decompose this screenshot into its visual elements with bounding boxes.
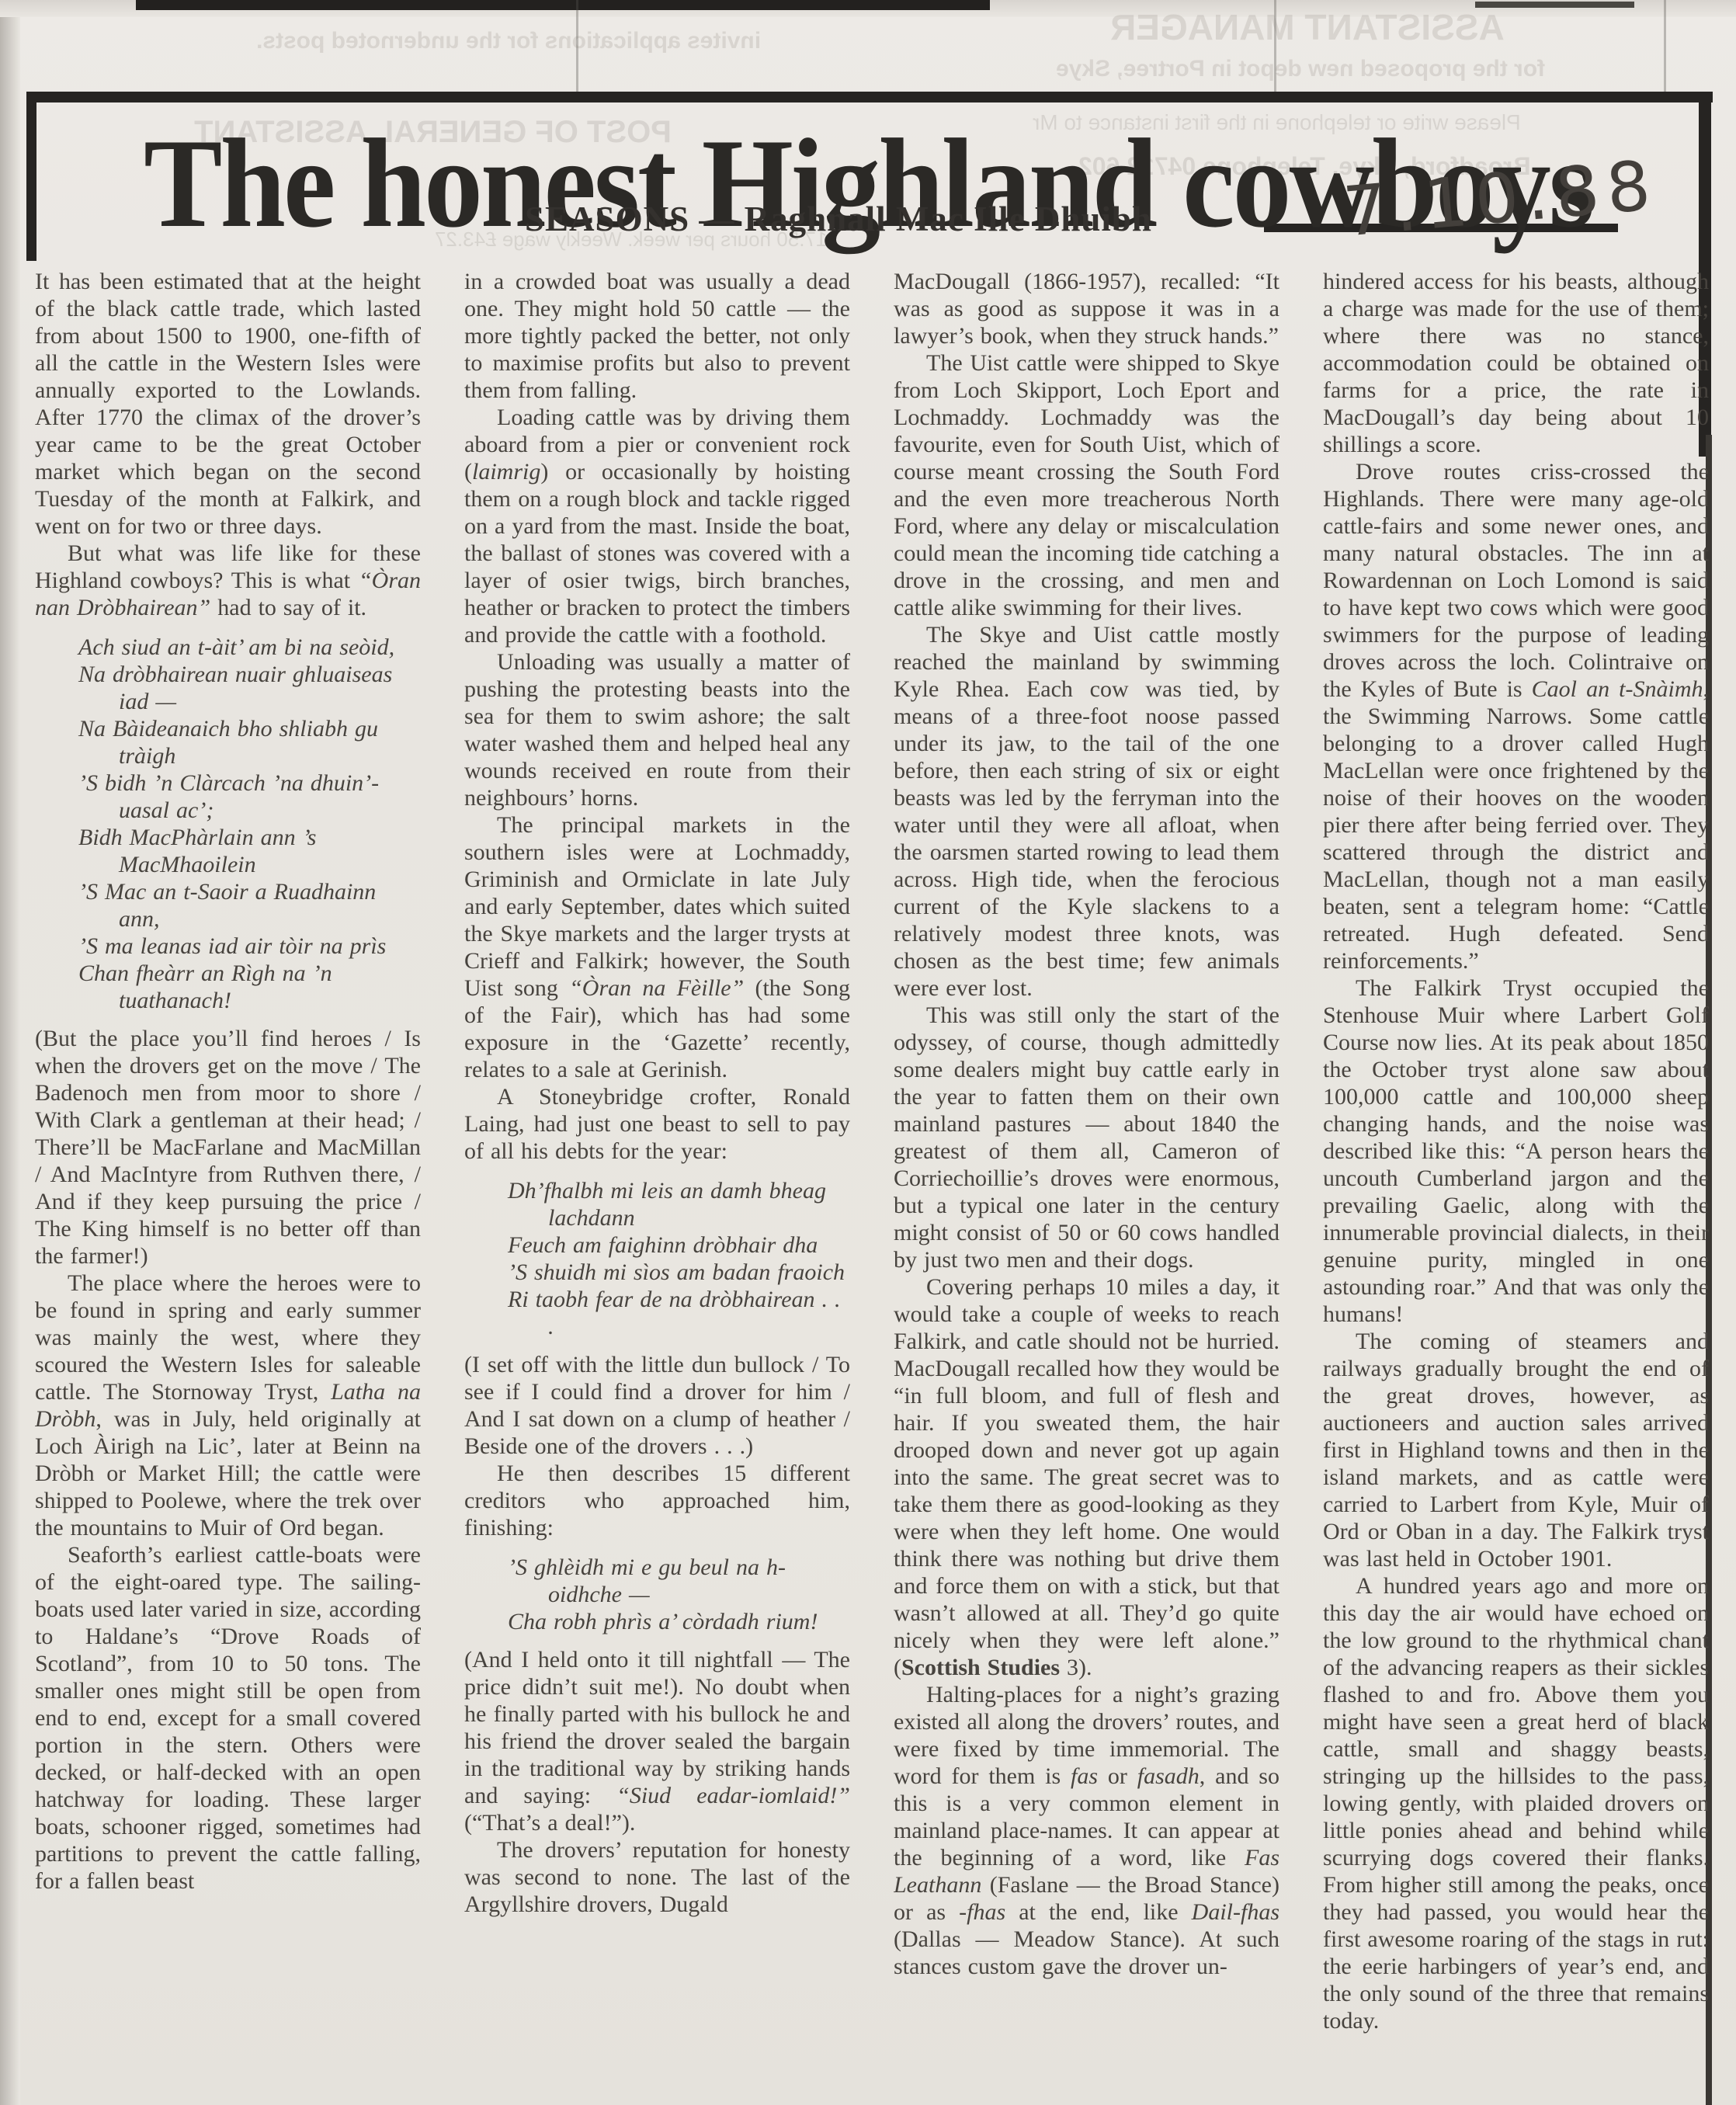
text-run: (Dallas — Meadow Stance). At such stance… (894, 1926, 1279, 1979)
scan-edge-shadow (0, 0, 20, 2105)
verse-line: ’S bidh ’n Clàrcach ’na dhuin’-uasal ac’… (35, 769, 421, 824)
text-run: The Uist cattle were shipped to Skye fro… (894, 350, 1279, 620)
article-paragraph: Covering perhaps 10 miles a day, it woul… (894, 1273, 1279, 1681)
text-run: ) or occasionally by hoisting them on a … (464, 459, 850, 648)
gaelic-verse: ’S ghlèidh mi e gu beul na h-oidhche —Ch… (464, 1554, 850, 1635)
article-paragraph: The principal markets in the southern is… (464, 811, 850, 1083)
text-run: Unloading was usually a matter of pushin… (464, 649, 850, 811)
article-paragraph: Unloading was usually a matter of pushin… (464, 648, 850, 811)
text-run: Covering perhaps 10 miles a day, it woul… (894, 1274, 1279, 1680)
italic-run: fasadh (1137, 1763, 1200, 1789)
text-run: (I set off with the little dun bullock /… (464, 1352, 850, 1459)
text-run: (But the place you’ll find heroes / Is w… (35, 1026, 421, 1269)
article-paragraph: in a crowded boat was usually a dead one… (464, 268, 850, 404)
article-paragraph: The drovers’ reputation for honesty was … (464, 1836, 850, 1918)
text-run: MacDougall (1866-1957), recalled: “It wa… (894, 269, 1279, 349)
text-run: A Stoneybridge crofter, Ronald Laing, ha… (464, 1084, 850, 1164)
verse-line: Na Bàideanaich bho shliabh gu tràigh (35, 715, 421, 769)
article-column: in a crowded boat was usually a dead one… (464, 268, 850, 2105)
verse-line: Na dròbhairean nuair ghluaiseas iad — (35, 661, 421, 715)
article-paragraph: The Uist cattle were shipped to Skye fro… (894, 349, 1279, 621)
article-paragraph: A Stoneybridge crofter, Ronald Laing, ha… (464, 1083, 850, 1165)
verse-line: ’S Mac an t-Saoir a Ruadhainn ann, (35, 878, 421, 933)
bleedthrough-line: invites applications for the undernoted … (256, 28, 761, 54)
verse-line: Feuch am faighinn dròbhair dha (464, 1231, 850, 1259)
article-paragraph: (But the place you’ll find heroes / Is w… (35, 1025, 421, 1270)
article-paragraph: hindered access for his beasts, although… (1323, 268, 1709, 458)
text-run: at the end, like (1005, 1899, 1192, 1925)
article-paragraph: (I set off with the little dun bullock /… (464, 1351, 850, 1460)
article-paragraph: MacDougall (1866-1957), recalled: “It wa… (894, 268, 1279, 349)
text-run: A hundred years ago and more on this day… (1323, 1573, 1709, 2034)
article-paragraph: Seaforth’s earliest cattle-boats were of… (35, 1541, 421, 1895)
article-paragraph: Loading cattle was by driving them aboar… (464, 404, 850, 648)
italic-run: “Siud eadar-iomlaid!” (616, 1783, 850, 1808)
text-run: The drovers’ reputation for honesty was … (464, 1837, 850, 1917)
italic-run: “Òran na Fèille” (569, 975, 744, 1001)
verse-line: ’S shuidh mi sìos am badan fraoich (464, 1259, 850, 1286)
text-run: 3). (1060, 1655, 1092, 1680)
italic-run: laimrig (472, 459, 540, 485)
italic-run: -fhas (959, 1899, 1005, 1925)
article-paragraph: A hundred years ago and more on this day… (1323, 1572, 1709, 2034)
article-paragraph: It has been estimated that at the height… (35, 268, 421, 540)
gaelic-verse: Dh’fhalbh mi leis an damh bheag lachdann… (464, 1177, 850, 1340)
text-run: The Falkirk Tryst occupied the Stenhouse… (1323, 975, 1709, 1327)
text-run: Seaforth’s earliest cattle-boats were of… (35, 1542, 421, 1894)
text-run: The principal markets in the southern is… (464, 812, 850, 1001)
article-paragraph: But what was life like for these Highlan… (35, 540, 421, 621)
verse-line: ’S ma leanas iad air tòir na prìs (35, 933, 421, 960)
article-paragraph: The Falkirk Tryst occupied the Stenhouse… (1323, 974, 1709, 1328)
verse-line: Ri taobh fear de na dròbhairean . . . (464, 1286, 850, 1340)
gaelic-verse: Ach siud an t-àit’ am bi na seòid,Na drò… (35, 634, 421, 1014)
article-paragraph: The coming of steamers and railways grad… (1323, 1328, 1709, 1572)
clipping-border-top (26, 92, 1713, 102)
text-run: or (1098, 1763, 1137, 1789)
article-paragraph: Drove routes criss-crossed the Highlands… (1323, 458, 1709, 974)
verse-line: ’S ghlèidh mi e gu beul na h-oidhche — (464, 1554, 850, 1608)
italic-run: Dail-fhas (1192, 1899, 1279, 1925)
verse-line: Ach siud an t-àit’ am bi na seòid, (35, 634, 421, 661)
article-column: MacDougall (1866-1957), recalled: “It wa… (894, 268, 1279, 2105)
article-column: It has been estimated that at the height… (35, 268, 421, 2105)
text-run: It has been estimated that at the height… (35, 269, 421, 539)
text-run: , the Swimming Narrows. Some cattle belo… (1323, 676, 1709, 974)
article-paragraph: This was still only the start of the ody… (894, 1002, 1279, 1273)
article-paragraph: The place where the heroes were to be fo… (35, 1270, 421, 1541)
article-paragraph: (And I held onto it till nightfall — The… (464, 1646, 850, 1836)
bleedthrough-line: ASSISTANT MANAGER (1110, 6, 1505, 48)
text-run: (“That’s a deal!”). (464, 1810, 635, 1836)
text-run: The coming of steamers and railways grad… (1323, 1329, 1709, 1572)
text-run: He then describes 15 different creditors… (464, 1461, 850, 1541)
newspaper-clipping: invites applications for the undernoted … (0, 0, 1736, 2105)
verse-line: Bidh MacPhàrlain ann ’s MacMhaoilein (35, 824, 421, 878)
text-run: in a crowded boat was usually a dead one… (464, 269, 850, 403)
article-paragraph: The Skye and Uist cattle mostly reached … (894, 621, 1279, 1002)
scan-artifact-strip (136, 0, 990, 10)
article-paragraph: Halting-places for a night’s grazing exi… (894, 1681, 1279, 1980)
verse-line: Cha robh phrìs a’ còrdadh rium! (464, 1608, 850, 1635)
bold-run: Scottish Studies (901, 1655, 1060, 1680)
text-run: hindered access for his beasts, although… (1323, 269, 1709, 457)
fold-line (1664, 0, 1666, 92)
text-run: The Skye and Uist cattle mostly reached … (894, 622, 1279, 1001)
text-run: Drove routes criss-crossed the Highlands… (1323, 459, 1709, 702)
verse-line: Dh’fhalbh mi leis an damh bheag lachdann (464, 1177, 850, 1231)
bleedthrough-line: for the proposed new depot in Portree, S… (1056, 56, 1545, 82)
text-run: This was still only the start of the ody… (894, 1002, 1279, 1273)
verse-line: Chan fheàrr an Rìgh na ’n tuathanach! (35, 960, 421, 1014)
italic-run: fas (1071, 1763, 1098, 1789)
article-paragraph: He then describes 15 different creditors… (464, 1460, 850, 1541)
article-column: hindered access for his beasts, although… (1323, 268, 1709, 2105)
text-run: had to say of it. (210, 595, 366, 620)
italic-run: Caol an t-Snàimh (1532, 676, 1703, 702)
